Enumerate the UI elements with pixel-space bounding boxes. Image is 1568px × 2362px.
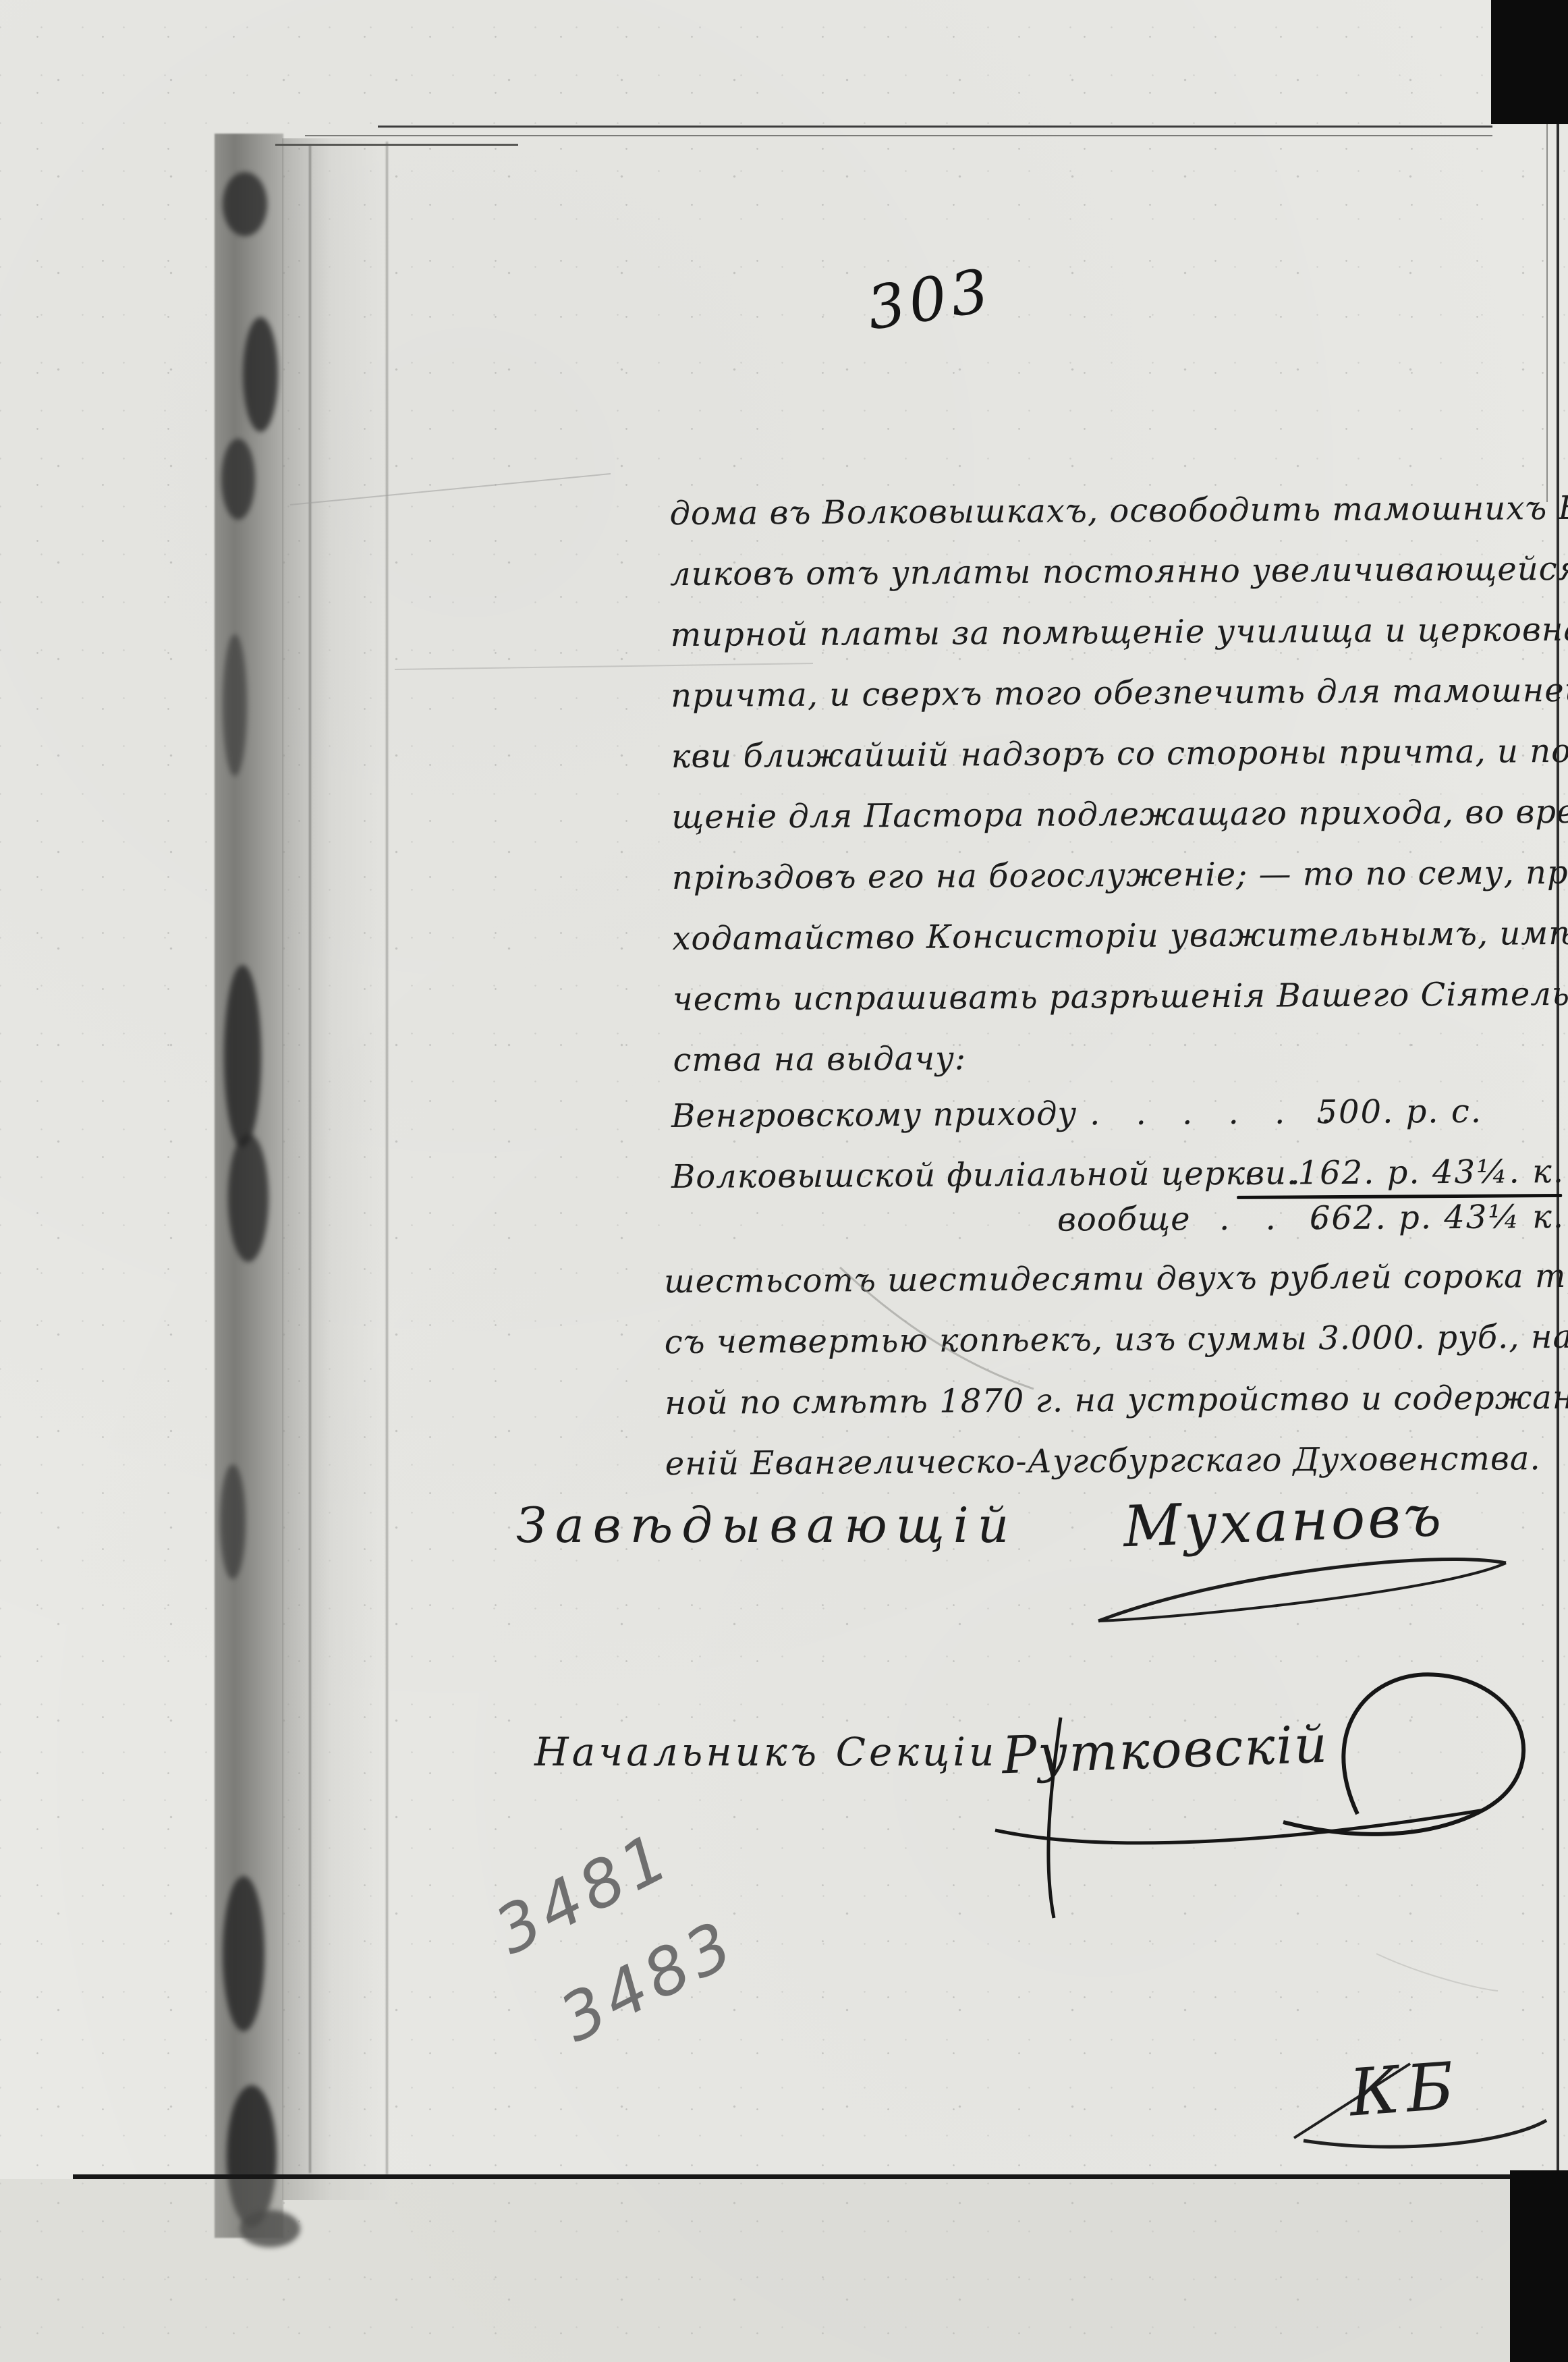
manuscript-line: ходатайство Консисторіи уважительнымъ, и…	[672, 903, 1568, 969]
allocation-label: вообще	[1057, 1188, 1191, 1250]
manuscript-line: дома въ Волковышкахъ, освободить тамошни…	[669, 478, 1567, 544]
corner-initials: КБ	[1347, 2048, 1463, 2131]
signature-mukhanov: Мухановъ	[1122, 1483, 1445, 1560]
dot-leader: . . . . . .	[1090, 1082, 1335, 1144]
allocation-row-total: вообще . . . 662. р. 43¼ к.	[671, 1186, 1568, 1247]
manuscript-line: ликовъ отъ уплаты постоянно увеличивающе…	[670, 539, 1568, 605]
sheet-edge-line	[386, 142, 388, 2174]
binding-stain	[243, 317, 278, 432]
manuscript-line: причта, и сверхъ того обезпечить для там…	[671, 660, 1568, 726]
page-top-edge	[275, 144, 518, 146]
manuscript-line: щеніе для Пастора подлежащаго прихода, в…	[671, 781, 1568, 848]
scanned-manuscript-page: 303 дома въ Волковышкахъ, освободить там…	[0, 0, 1568, 2362]
mukhanov-signature-flourish	[1098, 1563, 1506, 1621]
manuscript-closing: шестьсотъ шестидесяти двухъ рублей сорок…	[664, 1246, 1568, 1494]
allocation-amount: 662. р. 43¼ к.	[1310, 1186, 1565, 1248]
binding-stain	[224, 965, 261, 1147]
sheet-edge-line	[309, 145, 311, 2173]
page-top-edge	[378, 126, 1492, 128]
allocation-label: Венгровскому приходу	[671, 1083, 1077, 1147]
photo-black-corner-top-right	[1491, 0, 1568, 124]
manuscript-line: честь испрашивать разрѣшенія Вашего Сіят…	[673, 964, 1568, 1030]
signature-rutkovsky: Рутковскій	[1001, 1714, 1330, 1786]
manuscript-body: дома въ Волковышкахъ, освободить тамошни…	[669, 478, 1568, 1091]
binding-stain	[223, 634, 247, 776]
page-bottom-edge	[73, 2174, 1511, 2179]
page-right-edge-inner	[1546, 124, 1548, 502]
page-gutter-shadow	[282, 138, 390, 2200]
allocation-amount: 500. р. с.	[1316, 1081, 1482, 1143]
manuscript-line: шестьсотъ шестидесяти двухъ рублей сорок…	[664, 1246, 1568, 1312]
next-page-sliver	[0, 2179, 1510, 2362]
paper-scratch	[1376, 1954, 1498, 1991]
manuscript-line: кви ближайшій надзоръ со стороны причта,…	[671, 721, 1568, 787]
binding-stain	[221, 439, 255, 520]
rutkovsky-signature-flourish	[995, 1810, 1484, 1843]
page-top-edge	[305, 135, 1492, 136]
manuscript-line: пріѣздовъ его на богослуженіе; — то по с…	[672, 842, 1568, 908]
binding-stain	[223, 1876, 264, 2031]
signoff-title-zaveduyushchiy: Завѣдывающій	[516, 1497, 1017, 1554]
photo-black-corner-bottom-right	[1510, 2170, 1568, 2362]
manuscript-line: ной по смѣтѣ 1870 г. на устройство и сод…	[665, 1367, 1568, 1433]
manuscript-line: съ четвертью копѣекъ, изъ суммы 3.000. р…	[664, 1307, 1568, 1373]
binding-stain	[223, 172, 267, 236]
mukhanov-signature-flourish	[1098, 1560, 1506, 1621]
manuscript-line: тирной платы за помѣщеніе училища и церк…	[670, 599, 1568, 665]
folio-number: 303	[862, 255, 997, 344]
signoff-title-nachalnik-sektsii: Начальникъ Секціи	[534, 1729, 997, 1775]
binding-stain	[228, 1134, 269, 1262]
binding-stain	[220, 1464, 246, 1579]
allocation-row-vengrovsky: Венгровскому приходу . . . . . . 500. р.…	[671, 1080, 1568, 1147]
